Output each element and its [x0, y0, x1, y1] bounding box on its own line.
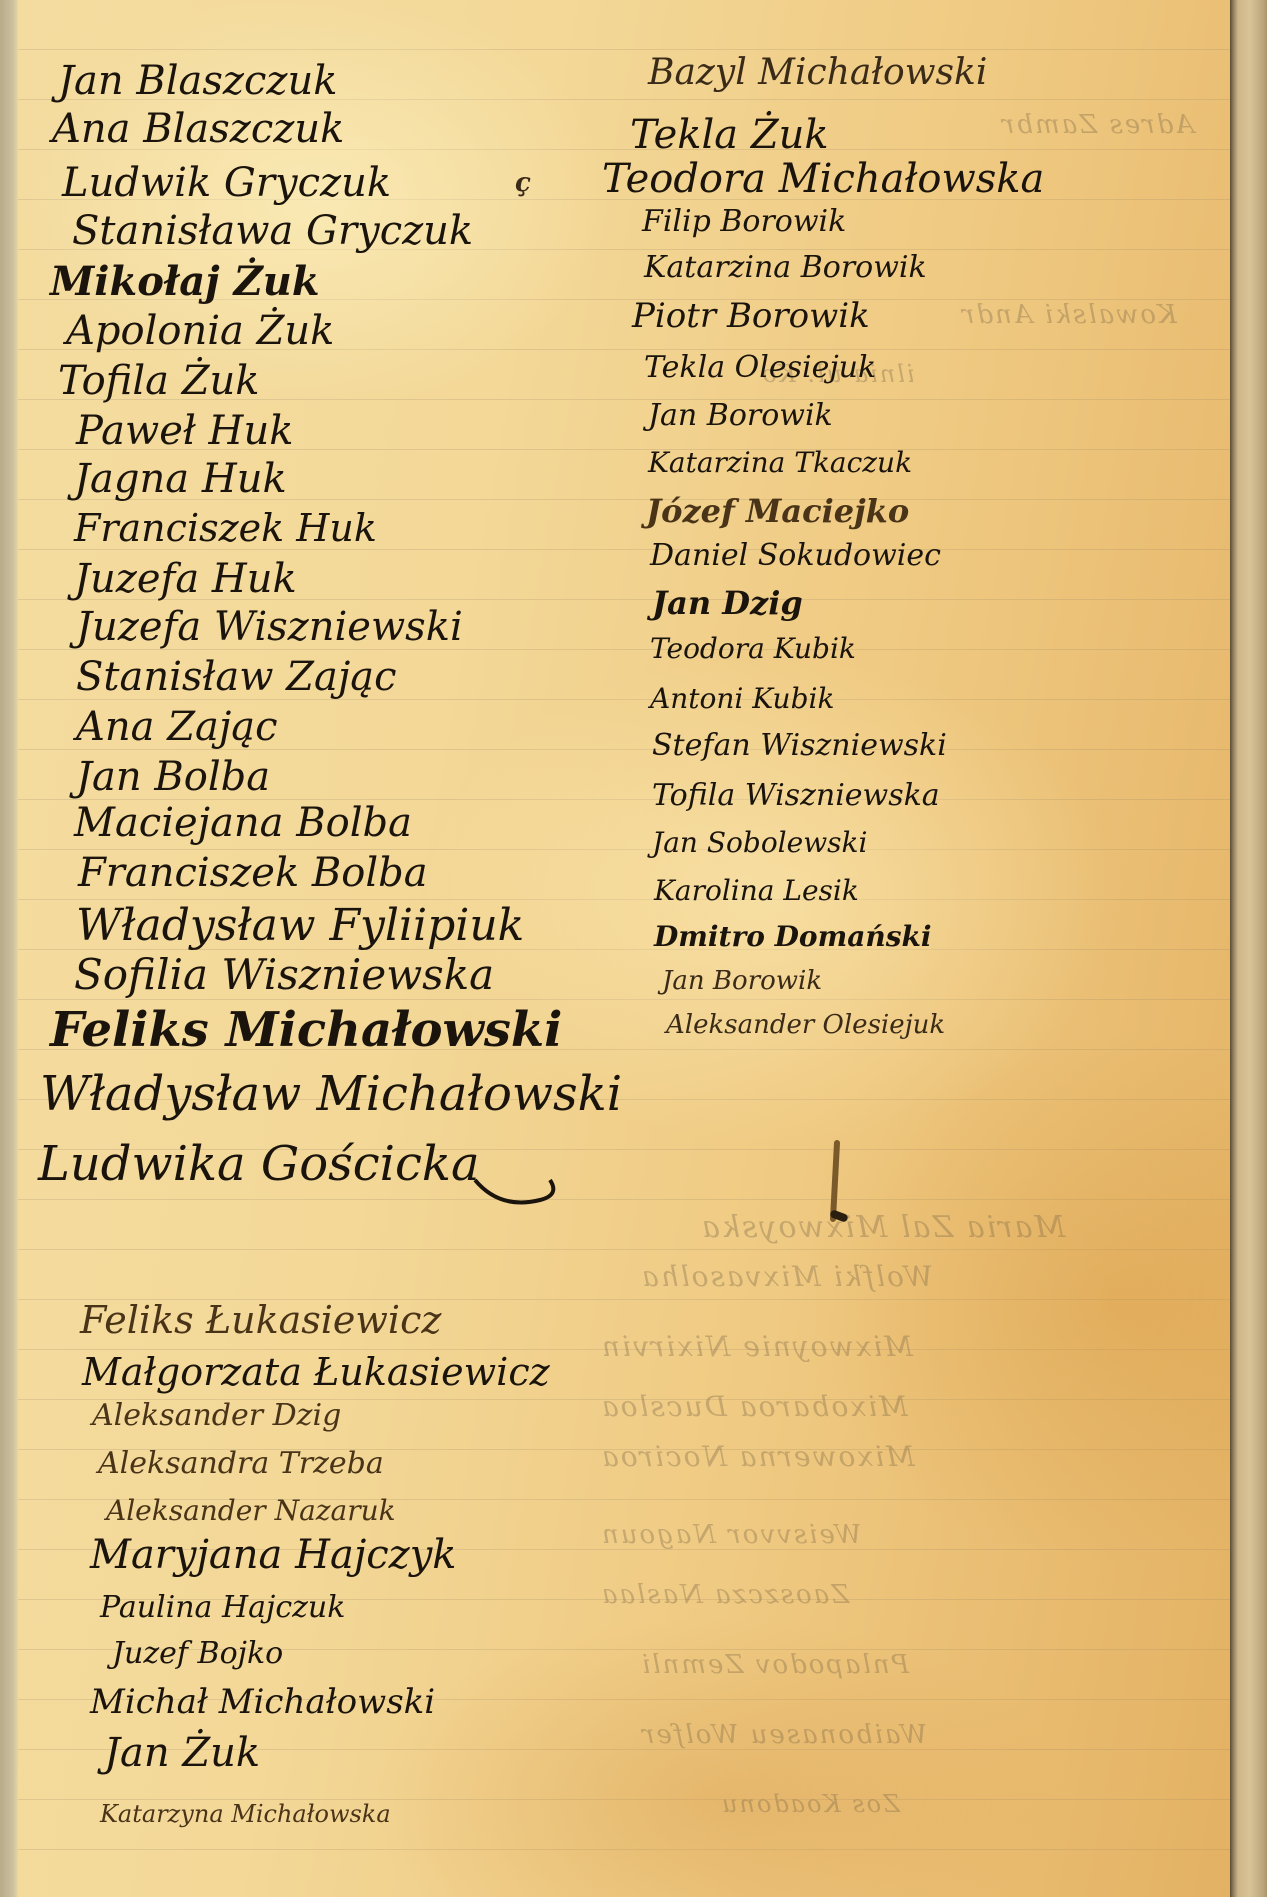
signature: Jan Żuk	[104, 1730, 260, 1776]
signature: Katarzina Borowik	[644, 250, 927, 285]
bleed-through-text: Zaoszcza Naslaa	[600, 1580, 849, 1610]
signature: Ludwika Gościcka	[38, 1136, 480, 1192]
signature: Jagna Huk	[74, 456, 287, 502]
signature: Juzefa Wiszniewski	[76, 604, 463, 650]
signature: Franciszek Huk	[74, 506, 377, 550]
flourish-mark	[470, 1170, 570, 1220]
bleed-through-text: Weisvvor Nagoun	[600, 1520, 861, 1550]
signature: Ana Zając	[76, 704, 278, 750]
page-left-edge	[0, 0, 18, 1897]
signature: Paulina Hajczuk	[100, 1590, 345, 1625]
signature: Paweł Huk	[76, 408, 293, 454]
signature: Małgorzata Łukasiewicz	[82, 1350, 550, 1394]
signature: Dmitro Domański	[654, 920, 932, 953]
signature: Władysław Michałowski	[40, 1066, 622, 1122]
signature: Stanisława Gryczuk	[72, 208, 473, 254]
signature: Juzefa Huk	[74, 556, 297, 602]
signature: Jan Borowik	[662, 966, 822, 996]
bleed-through-text: Kowalski Andr	[960, 300, 1177, 330]
signature: Tofila Żuk	[58, 358, 259, 404]
signature: Franciszek Bolba	[78, 850, 428, 896]
signature: Tofila Wiszniewska	[652, 778, 940, 813]
signature: Tekla Olesiejuk	[644, 350, 876, 385]
signature: Jan Bolba	[76, 754, 270, 800]
signature: Jan Borowik	[648, 398, 833, 433]
signature: Maryjana Hajczyk	[90, 1532, 457, 1578]
signature: Karolina Lesik	[654, 874, 859, 907]
signature: Maciejana Bolba	[74, 800, 412, 846]
signature: Feliks Michałowski	[50, 1002, 562, 1058]
signature: Teodora Michałowska	[602, 156, 1044, 202]
signature: Stanisław Zając	[76, 654, 396, 700]
signature: Filip Borowik	[642, 204, 846, 239]
signature: Jan Dzig	[652, 584, 803, 622]
signature: Jan Blaszczuk	[58, 58, 337, 104]
signature: Bazyl Michałowski	[648, 52, 987, 93]
bleed-through-text: Mixowerna Nociroa	[600, 1440, 915, 1473]
signature: Jan Sobolewski	[652, 826, 867, 859]
signature: Daniel Sokudowiec	[650, 538, 941, 573]
bleed-through-text: Wolfki Mixvasolha	[640, 1260, 933, 1293]
signature: Aleksander Nazaruk	[106, 1494, 396, 1527]
signature: Aleksandra Trzeba	[98, 1446, 384, 1481]
signature: Apolonia Żuk	[66, 308, 334, 354]
binding-edge	[1230, 0, 1267, 1897]
signature: Katarzyna Michałowska	[100, 1800, 391, 1828]
bleed-through-text: Waibonaseu Wolfer	[640, 1720, 927, 1750]
signature: Antoni Kubik	[650, 682, 834, 715]
signature: Stefan Wiszniewski	[652, 728, 947, 763]
signature: Józef Maciejko	[646, 492, 909, 530]
signature: Piotr Borowik	[632, 296, 870, 336]
signature: Feliks Łukasiewicz	[80, 1298, 441, 1342]
signature: Sofilia Wiszniewska	[74, 950, 494, 999]
bleed-through-text: Pnlapodov Zemnli	[640, 1650, 909, 1680]
signature: Mikołaj Żuk	[50, 258, 320, 305]
signature: Tekla Żuk	[630, 112, 829, 158]
signature: Michał Michałowski	[90, 1682, 435, 1722]
bleed-through-text: Zos Koadonu	[720, 1790, 900, 1818]
signature: Juzef Bojko	[112, 1636, 283, 1671]
signature: Ludwik Gryczuk	[62, 160, 391, 206]
ink-mark: ç	[515, 168, 531, 198]
signature: Aleksander Olesiejuk	[666, 1010, 945, 1040]
bleed-through-text: Mixwoynie Nixirvin	[600, 1330, 913, 1363]
signature: Katarzina Tkaczuk	[648, 446, 912, 479]
signature: Aleksander Dzig	[92, 1398, 341, 1433]
bleed-through-text: Maria Zal Mixwoyska	[700, 1210, 1065, 1245]
signature: Ana Blaszczuk	[52, 106, 344, 152]
signature: Teodora Kubik	[650, 632, 856, 665]
bleed-through-text: Mixobaroa Ducsloa	[600, 1390, 908, 1423]
signature: Władysław Fyliipiuk	[76, 900, 524, 951]
bleed-through-text: Adres Zambr	[1000, 110, 1194, 140]
